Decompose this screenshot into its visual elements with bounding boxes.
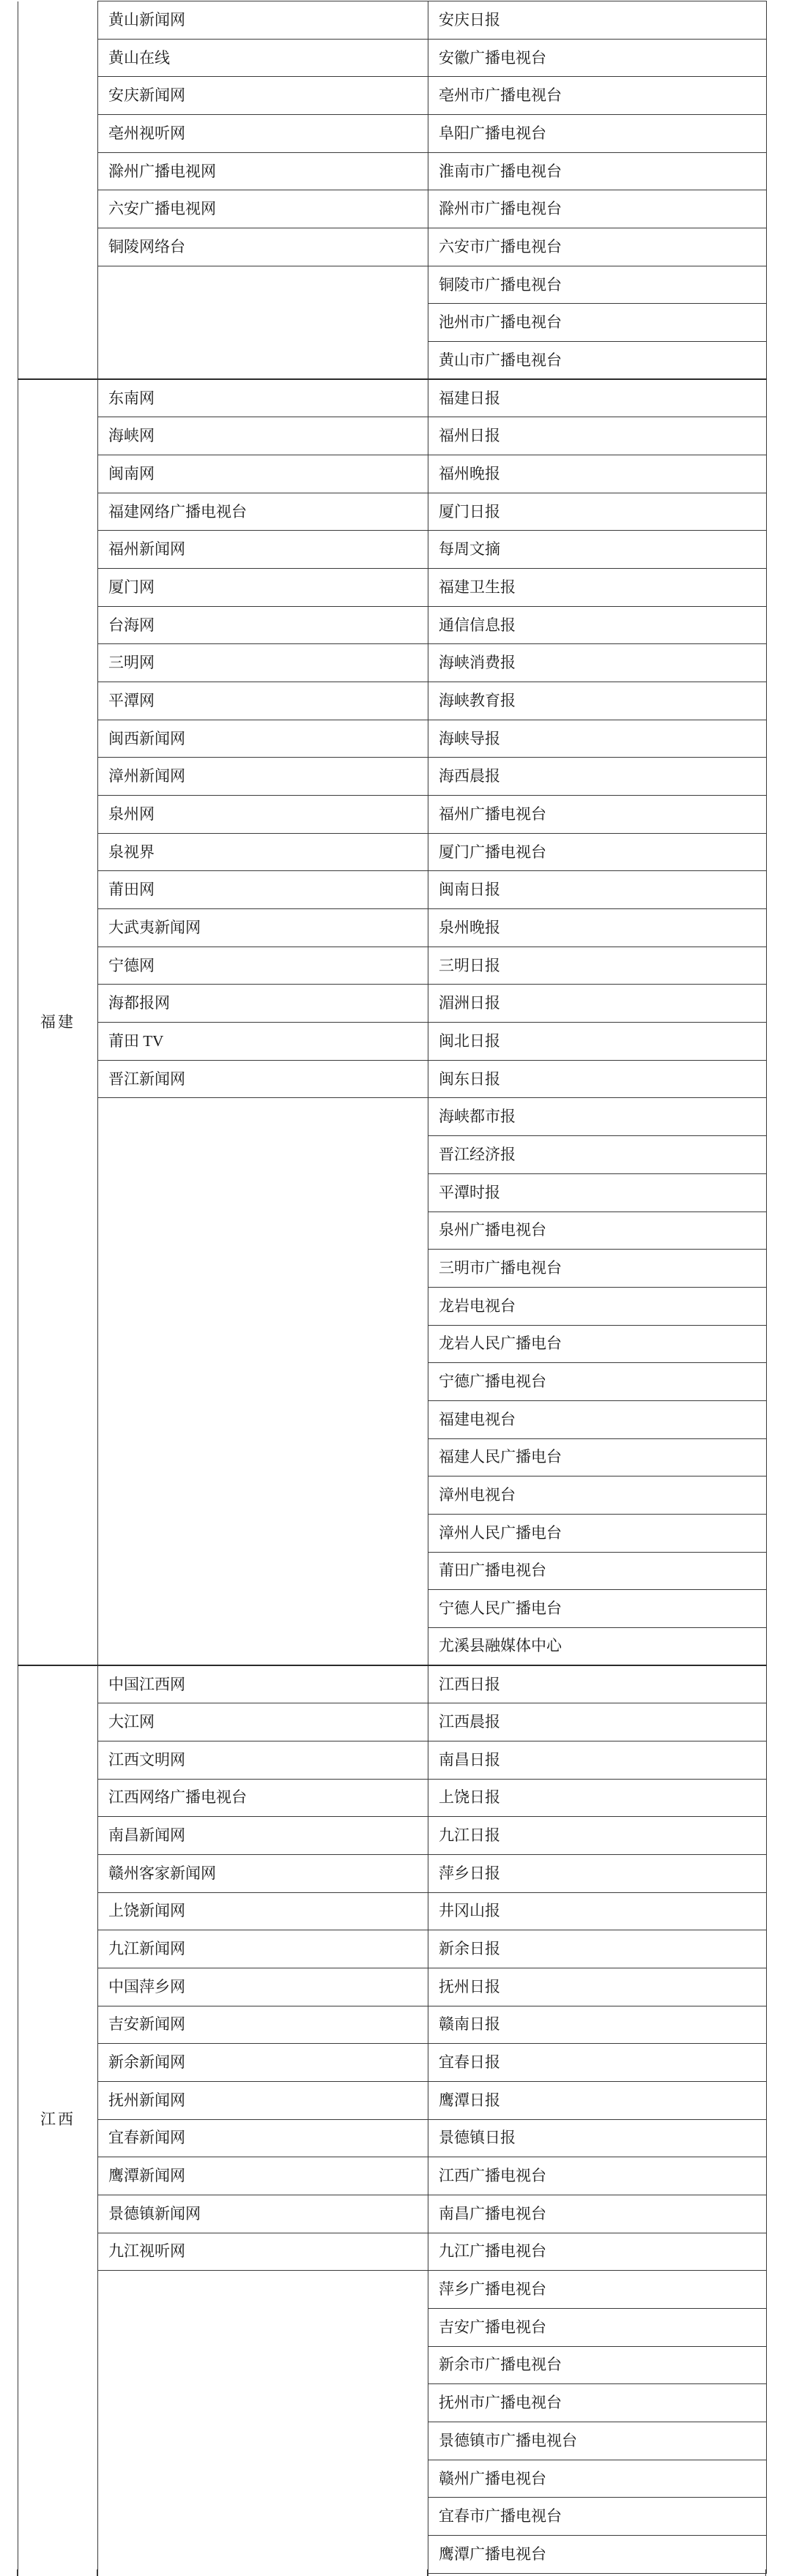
media-cell: 三明市广播电视台 xyxy=(428,1250,767,1288)
table-row: 萍乡广播电视台 xyxy=(18,2271,767,2309)
table-row: 黄山新闻网安庆日报 xyxy=(18,1,767,40)
media-cell: 福建人民广播电台 xyxy=(428,1438,767,1476)
media-cell: 赣南日报 xyxy=(428,2006,767,2044)
table-row: 滁州广播电视网淮南市广播电视台 xyxy=(18,152,767,190)
website-cell: 东南网 xyxy=(98,379,428,417)
table-row: 漳州新闻网海西晨报 xyxy=(18,758,767,796)
media-cell: 海峡都市报 xyxy=(428,1098,767,1136)
table-row: 鹰潭新闻网江西广播电视台 xyxy=(18,2157,767,2195)
website-cell: 上饶新闻网 xyxy=(98,1892,428,1930)
website-cell: 吉安新闻网 xyxy=(98,2006,428,2044)
media-cell: 井冈山报 xyxy=(428,1892,767,1930)
table-row: 泉视界厦门广播电视台 xyxy=(18,833,767,871)
website-cell: 中国萍乡网 xyxy=(98,1968,428,2006)
table-row: 海都报网湄洲日报 xyxy=(18,985,767,1023)
media-cell: 江西日报 xyxy=(428,1665,767,1703)
media-cell: 南昌广播电视台 xyxy=(428,2195,767,2233)
media-cell: 江西广播电视台 xyxy=(428,2157,767,2195)
media-cell: 厦门广播电视台 xyxy=(428,833,767,871)
media-cell: 龙岩人民广播电台 xyxy=(428,1325,767,1363)
table-row: 安庆新闻网亳州市广播电视台 xyxy=(18,77,767,115)
table-row: 赣州客家新闻网萍乡日报 xyxy=(18,1854,767,1892)
table-row: 铜陵市广播电视台 xyxy=(18,266,767,304)
media-cell: 鹰潭日报 xyxy=(428,2081,767,2119)
media-cell: 淮南市广播电视台 xyxy=(428,152,767,190)
province-cell xyxy=(18,1,98,380)
media-cell: 湄洲日报 xyxy=(428,985,767,1023)
media-cell: 萍乡广播电视台 xyxy=(428,2271,767,2309)
website-cell: 台海网 xyxy=(98,606,428,644)
table-row: 景德镇新闻网南昌广播电视台 xyxy=(18,2195,767,2233)
table-row: 江西文明网南昌日报 xyxy=(18,1741,767,1779)
media-cell: 吉安广播电视台 xyxy=(428,2308,767,2346)
website-cell: 泉视界 xyxy=(98,833,428,871)
media-cell: 赣州广播电视台 xyxy=(428,2460,767,2498)
table-row: 莆田 TV闽北日报 xyxy=(18,1023,767,1061)
table-row: 福建东南网福建日报 xyxy=(18,379,767,417)
table-left-border-fragment xyxy=(17,2569,18,2576)
website-cell: 三明网 xyxy=(98,644,428,682)
media-cell: 亳州市广播电视台 xyxy=(428,77,767,115)
page: 黄山新闻网安庆日报黄山在线安徽广播电视台安庆新闻网亳州市广播电视台亳州视听网阜阳… xyxy=(0,0,791,2576)
website-cell: 江西文明网 xyxy=(98,1741,428,1779)
media-cell: 上饶日报 xyxy=(428,1779,767,1817)
table-row: 新余新闻网宜春日报 xyxy=(18,2044,767,2082)
website-empty-cell xyxy=(98,1098,428,1665)
website-cell: 九江新闻网 xyxy=(98,1930,428,1968)
table-row: 江西网络广播电视台上饶日报 xyxy=(18,1779,767,1817)
website-cell: 滁州广播电视网 xyxy=(98,152,428,190)
table-row: 铜陵网络台六安市广播电视台 xyxy=(18,228,767,266)
website-cell: 赣州客家新闻网 xyxy=(98,1854,428,1892)
table-row: 大江网江西晨报 xyxy=(18,1703,767,1741)
media-cell: 闽北日报 xyxy=(428,1023,767,1061)
media-cell: 萍乡日报 xyxy=(428,1854,767,1892)
table-row: 九江新闻网新余日报 xyxy=(18,1930,767,1968)
website-cell: 铜陵网络台 xyxy=(98,228,428,266)
media-cell: 铜陵市广播电视台 xyxy=(428,266,767,304)
media-cell: 福州晚报 xyxy=(428,455,767,493)
table-row: 福建网络广播电视台厦门日报 xyxy=(18,493,767,531)
media-cell: 闽东日报 xyxy=(428,1060,767,1098)
website-cell: 宜春新闻网 xyxy=(98,2119,428,2157)
media-cell: 九江广播电视台 xyxy=(428,2233,767,2271)
website-cell: 大江网 xyxy=(98,1703,428,1741)
website-cell: 景德镇新闻网 xyxy=(98,2195,428,2233)
media-cell: 新余日报 xyxy=(428,1930,767,1968)
media-cell: 三明日报 xyxy=(428,947,767,985)
website-cell: 鹰潭新闻网 xyxy=(98,2157,428,2195)
website-cell: 大武夷新闻网 xyxy=(98,909,428,947)
table-row: 三明网海峡消费报 xyxy=(18,644,767,682)
website-cell: 福建网络广播电视台 xyxy=(98,493,428,531)
media-cell: 平潭时报 xyxy=(428,1173,767,1212)
media-cell: 安徽广播电视台 xyxy=(428,39,767,77)
media-cell: 海峡消费报 xyxy=(428,644,767,682)
table-row: 大武夷新闻网泉州晚报 xyxy=(18,909,767,947)
media-cell: 鹰潭广播电视台 xyxy=(428,2536,767,2574)
media-cell: 景德镇市广播电视台 xyxy=(428,2422,767,2460)
website-cell: 南昌新闻网 xyxy=(98,1817,428,1855)
media-cell: 宁德人民广播电台 xyxy=(428,1590,767,1628)
table-row: 海峡都市报 xyxy=(18,1098,767,1136)
table-row: 宜春新闻网景德镇日报 xyxy=(18,2119,767,2157)
media-cell: 黄山市广播电视台 xyxy=(428,342,767,380)
table-right-border-fragment xyxy=(765,2569,766,2576)
media-cell: 漳州人民广播电台 xyxy=(428,1514,767,1552)
website-cell: 莆田 TV xyxy=(98,1023,428,1061)
table-row: 闽南网福州晚报 xyxy=(18,455,767,493)
table-row: 平潭网海峡教育报 xyxy=(18,682,767,720)
media-cell: 新余市广播电视台 xyxy=(428,2346,767,2384)
table-row: 中国萍乡网抚州日报 xyxy=(18,1968,767,2006)
website-empty-cell xyxy=(98,2271,428,2573)
website-cell: 九江视听网 xyxy=(98,2233,428,2271)
website-cell: 新余新闻网 xyxy=(98,2044,428,2082)
media-cell: 抚州市广播电视台 xyxy=(428,2384,767,2422)
media-table: 黄山新闻网安庆日报黄山在线安徽广播电视台安庆新闻网亳州市广播电视台亳州视听网阜阳… xyxy=(18,1,767,2574)
table-row: 九江视听网九江广播电视台 xyxy=(18,2233,767,2271)
table-row: 抚州新闻网鹰潭日报 xyxy=(18,2081,767,2119)
table-row: 吉安新闻网赣南日报 xyxy=(18,2006,767,2044)
table-row: 南昌新闻网九江日报 xyxy=(18,1817,767,1855)
media-cell: 宜春日报 xyxy=(428,2044,767,2082)
table-row: 亳州视听网阜阳广播电视台 xyxy=(18,115,767,153)
table-row: 宁德网三明日报 xyxy=(18,947,767,985)
website-column-border-fragment xyxy=(427,2569,428,2576)
media-cell: 闽南日报 xyxy=(428,871,767,909)
media-cell: 九江日报 xyxy=(428,1817,767,1855)
media-cell: 通信信息报 xyxy=(428,606,767,644)
media-cell: 海峡教育报 xyxy=(428,682,767,720)
table-row: 海峡网福州日报 xyxy=(18,417,767,455)
media-cell: 厦门日报 xyxy=(428,493,767,531)
media-cell: 龙岩电视台 xyxy=(428,1287,767,1325)
media-cell: 福州广播电视台 xyxy=(428,796,767,834)
website-cell: 黄山新闻网 xyxy=(98,1,428,40)
table-row: 福州新闻网每周文摘 xyxy=(18,531,767,569)
media-cell: 每周文摘 xyxy=(428,531,767,569)
media-cell: 景德镇日报 xyxy=(428,2119,767,2157)
province-cell: 江西 xyxy=(18,1665,98,2573)
media-cell: 泉州晚报 xyxy=(428,909,767,947)
media-cell: 抚州日报 xyxy=(428,1968,767,2006)
province-cell: 福建 xyxy=(18,379,98,1665)
website-cell: 闽南网 xyxy=(98,455,428,493)
media-cell: 六安市广播电视台 xyxy=(428,228,767,266)
table-row: 六安广播电视网滁州市广播电视台 xyxy=(18,190,767,228)
table-row: 黄山在线安徽广播电视台 xyxy=(18,39,767,77)
website-cell: 泉州网 xyxy=(98,796,428,834)
website-cell: 漳州新闻网 xyxy=(98,758,428,796)
table-row: 上饶新闻网井冈山报 xyxy=(18,1892,767,1930)
media-cell: 泉州广播电视台 xyxy=(428,1212,767,1250)
table-row: 泉州网福州广播电视台 xyxy=(18,796,767,834)
website-cell: 六安广播电视网 xyxy=(98,190,428,228)
media-cell: 阜阳广播电视台 xyxy=(428,115,767,153)
media-cell: 晋江经济报 xyxy=(428,1136,767,1174)
media-cell: 安庆日报 xyxy=(428,1,767,40)
media-cell: 福建日报 xyxy=(428,379,767,417)
media-cell: 福建电视台 xyxy=(428,1400,767,1438)
website-cell: 海都报网 xyxy=(98,985,428,1023)
table-row: 莆田网闽南日报 xyxy=(18,871,767,909)
website-cell: 中国江西网 xyxy=(98,1665,428,1703)
table-row: 江西中国江西网江西日报 xyxy=(18,1665,767,1703)
media-cell: 江西晨报 xyxy=(428,1703,767,1741)
website-cell: 江西网络广播电视台 xyxy=(98,1779,428,1817)
website-cell: 抚州新闻网 xyxy=(98,2081,428,2119)
table-row: 厦门网福建卫生报 xyxy=(18,569,767,607)
website-cell: 亳州视听网 xyxy=(98,115,428,153)
media-cell: 福建卫生报 xyxy=(428,569,767,607)
website-cell: 宁德网 xyxy=(98,947,428,985)
media-cell: 南昌日报 xyxy=(428,1741,767,1779)
website-cell: 闽西新闻网 xyxy=(98,720,428,758)
media-cell: 福州日报 xyxy=(428,417,767,455)
website-cell: 莆田网 xyxy=(98,871,428,909)
media-cell: 尤溪县融媒体中心 xyxy=(428,1627,767,1665)
media-table-body: 黄山新闻网安庆日报黄山在线安徽广播电视台安庆新闻网亳州市广播电视台亳州视听网阜阳… xyxy=(18,1,767,2574)
table-row: 闽西新闻网海峡导报 xyxy=(18,720,767,758)
website-cell: 黄山在线 xyxy=(98,39,428,77)
website-cell: 安庆新闻网 xyxy=(98,77,428,115)
website-cell: 晋江新闻网 xyxy=(98,1060,428,1098)
table-row: 台海网通信信息报 xyxy=(18,606,767,644)
media-cell: 宜春市广播电视台 xyxy=(428,2498,767,2536)
media-cell: 池州市广播电视台 xyxy=(428,304,767,342)
media-cell: 海西晨报 xyxy=(428,758,767,796)
media-cell: 莆田广播电视台 xyxy=(428,1552,767,1590)
website-cell: 平潭网 xyxy=(98,682,428,720)
media-cell: 漳州电视台 xyxy=(428,1476,767,1515)
media-cell: 宁德广播电视台 xyxy=(428,1363,767,1401)
website-cell: 海峡网 xyxy=(98,417,428,455)
media-cell: 滁州市广播电视台 xyxy=(428,190,767,228)
website-cell: 福州新闻网 xyxy=(98,531,428,569)
media-cell: 海峡导报 xyxy=(428,720,767,758)
province-column-border-fragment xyxy=(97,2569,97,2576)
table-row: 晋江新闻网闽东日报 xyxy=(18,1060,767,1098)
website-empty-cell xyxy=(98,266,428,379)
website-cell: 厦门网 xyxy=(98,569,428,607)
